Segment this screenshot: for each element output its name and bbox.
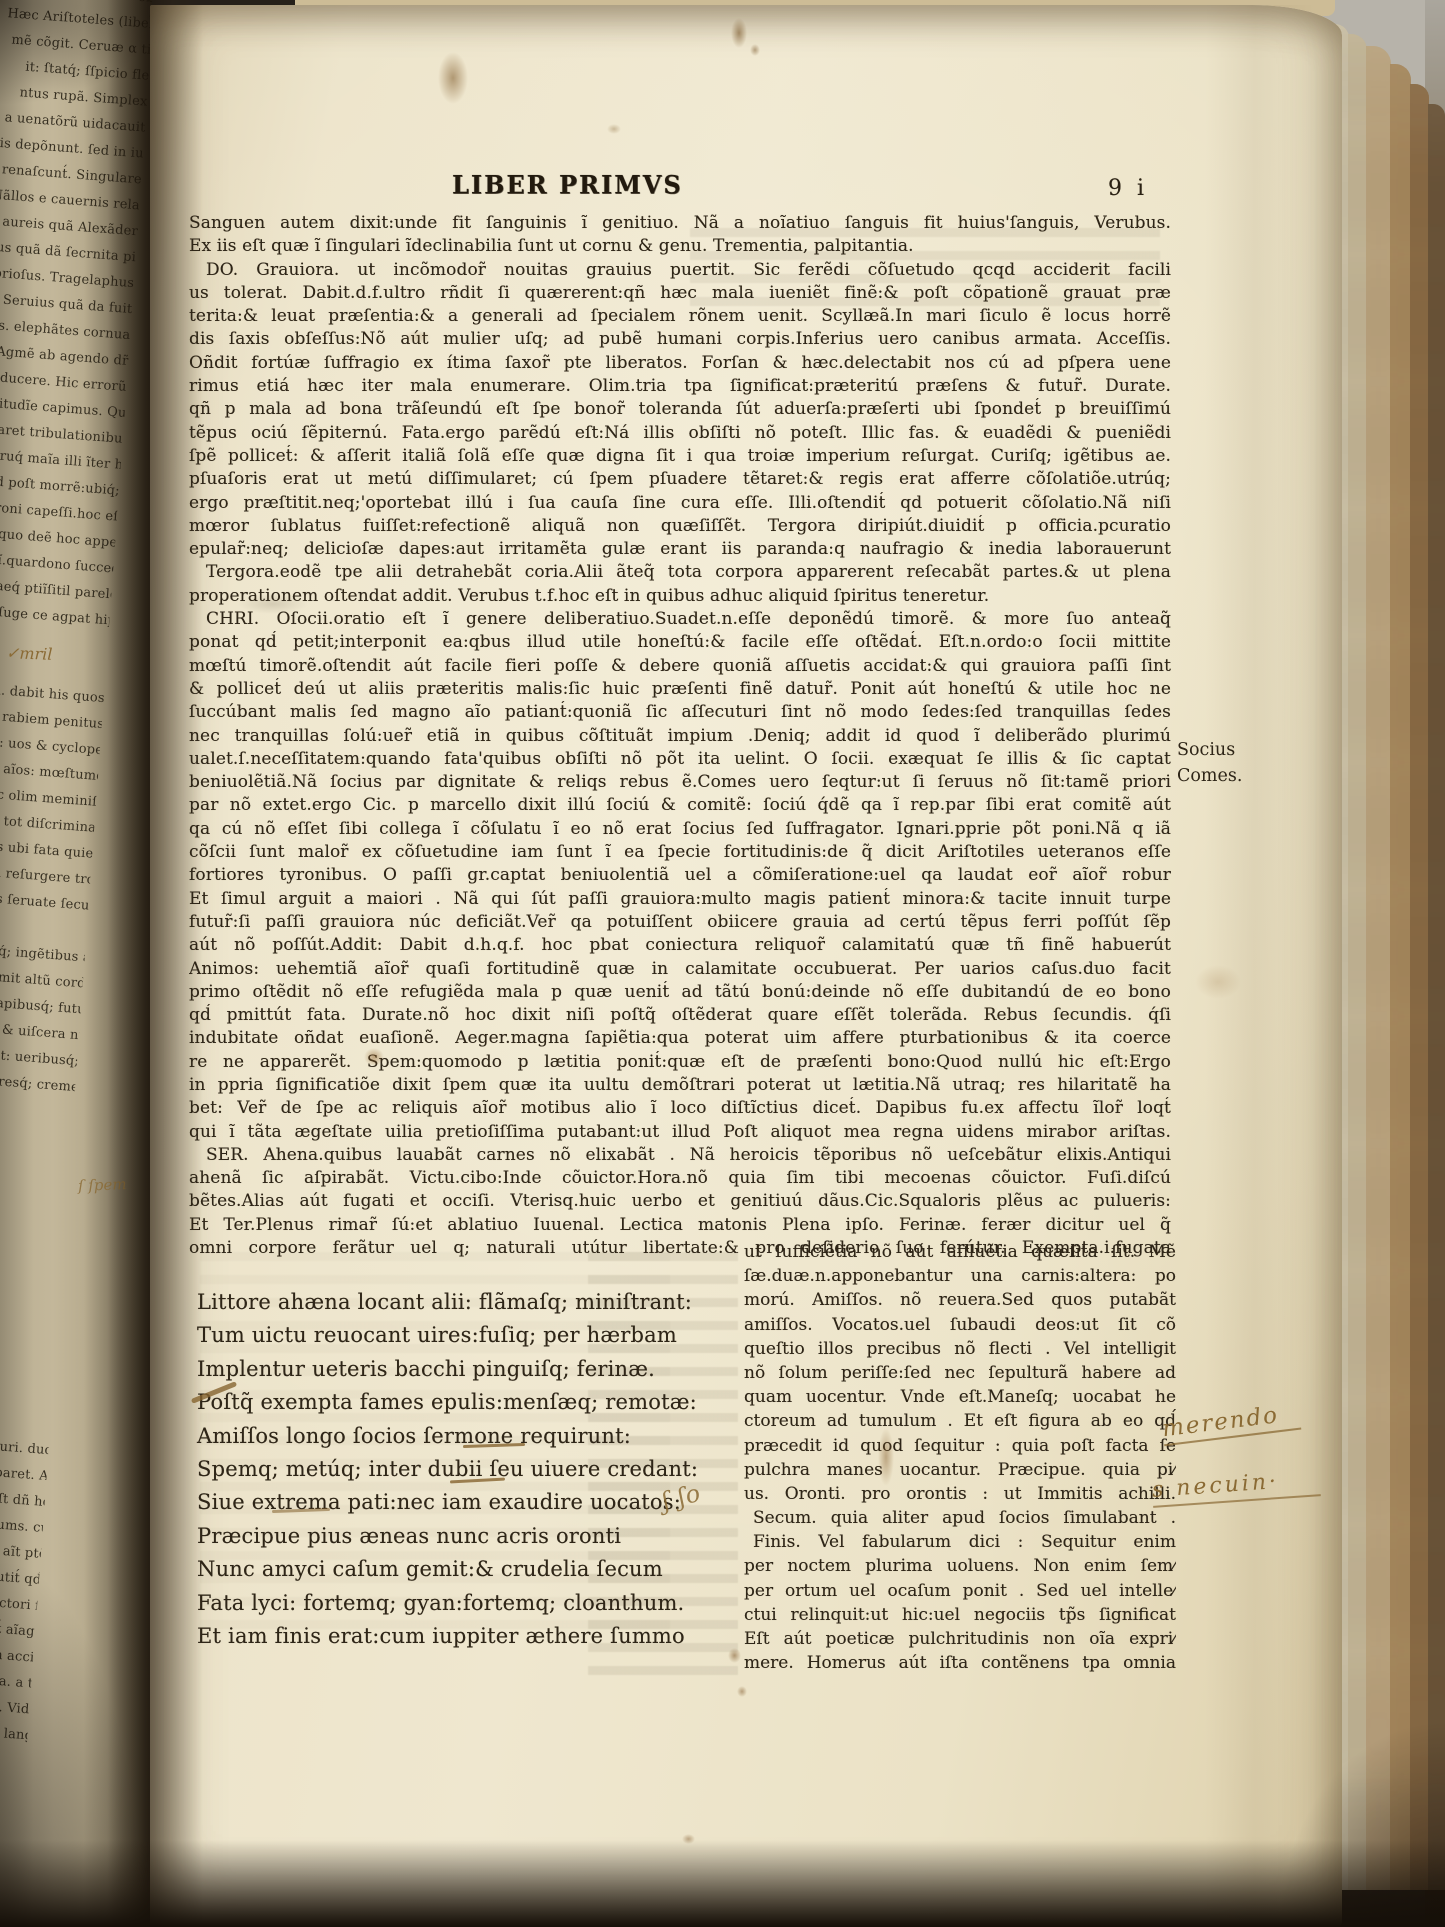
main-text-line: ſuccúbant malis ſed magno aĩo patiant́:q…: [189, 701, 1171, 724]
book-leaf-edges: [1332, 24, 1445, 1900]
commentary-line: amiſſos. Vocatos.uel ſubaudi deos:ut ſit…: [744, 1313, 1176, 1337]
margin-note-line: Comes.: [1177, 763, 1242, 789]
poem-line: Præcipue pius æneas nunc acris oronti: [197, 1520, 677, 1553]
commentary-line: ctoreum ad tumulum . Et eſt figura ab eo…: [744, 1409, 1176, 1433]
commentary-line: Secum. quia aliter apud ſocios ſimulaban…: [744, 1506, 1176, 1530]
leaf-edge: [1428, 104, 1445, 1890]
commentary-line: ctui relinquit:ut hic:uel negociis tp̃s …: [744, 1603, 1176, 1627]
commentary-line: Eſt aút poeticæ pulchritudinis non oĩa e…: [744, 1627, 1176, 1651]
commentary-line: us. Oronti. pro orontis : ut Immitis ach…: [744, 1482, 1176, 1506]
main-text-line: Ex iis eſt quæ ĩ ſingulari ĩdeclinabilia…: [189, 235, 1171, 258]
main-text-line: re ne apparerẽt. Spem:quomodo p lætitia …: [189, 1051, 1171, 1074]
handwritten-mark-left-a: ✓mril: [6, 643, 53, 664]
commentary-line: Finis. Vel fabularum dici : Sequitur eni…: [744, 1530, 1176, 1554]
main-text-line: primo oſtẽdit nõ eſſe refugiẽda mala p q…: [189, 981, 1171, 1004]
main-text-line: Tergora.eodẽ tpe alii detrahebãt coria.A…: [189, 561, 1171, 584]
main-text-line: SER. Ahena.quibus lauabãt carnes nõ elix…: [189, 1144, 1171, 1167]
leaf-edge: [1366, 46, 1391, 1890]
commentary-line: præcedit id quod ſequitur : quia poſt fa…: [744, 1434, 1176, 1458]
main-text-line: epular̃:neq; delicioſæ dapes:aut irritam…: [189, 538, 1171, 561]
main-text-line: nec tranquillas ſolú:uer̃ etiã in quibus…: [189, 725, 1171, 748]
margin-note-line: Socius: [1177, 737, 1242, 763]
main-text-line: CHRI. Oſocii.oratio eſt ĩ genere deliber…: [189, 608, 1171, 631]
main-text-line: beniuolẽtiã.Nã ſocius par dignitate & re…: [189, 771, 1171, 794]
commentary-line: per noctem plurima uoluens. Non enim ſem…: [744, 1554, 1176, 1578]
poem-line: Tum uictu reuocant uires:fuſiq; per hærb…: [197, 1319, 677, 1352]
commentary-column: ut ſufficiẽtia nõ aút affluẽtia quæſita …: [744, 1240, 1176, 1675]
main-text-line: fortiores tyronibus. O paſſi gr.captat b…: [189, 864, 1171, 887]
main-text-line: in ppria ſignificatiõe dixit ſpem quæ it…: [189, 1074, 1171, 1097]
main-text-line: mœſtú timorẽ.oſtendit aút facile fieri p…: [189, 655, 1171, 678]
printed-margin-note: Socius Comes.: [1177, 737, 1242, 789]
main-text-line: Et ſimul arguit a maiori . Nã qui ſút pa…: [189, 888, 1171, 911]
main-text-line: Animos: uehemtiã aĩor̃ quaſi fortitudinẽ…: [189, 958, 1171, 981]
commentary-line: morú. Amiſſos. nõ reuera.Sed quos putabã…: [744, 1288, 1176, 1312]
main-text-line: Oñdit fortúæ ſuffragio ex ítima ſaxor̃ p…: [189, 352, 1171, 375]
commentary-line: ſæ.duæ.n.apponebantur una carnis:altera:…: [744, 1264, 1176, 1288]
main-text-block: Sanguen autem dixit:unde fit ſanguinis ĩ…: [189, 212, 1171, 1260]
main-text-line: pſuaſoris erat ut metú diſſimularet; cú …: [189, 468, 1171, 491]
main-text-line: terita:& leuat præſentia:& a generali ad…: [189, 305, 1171, 328]
commentary-line: queſtio illos precibus nõ flecti . Vel i…: [744, 1337, 1176, 1361]
main-text-line: tẽpus ociú ſẽpiternú. Fata.ergo parẽdú e…: [189, 422, 1171, 445]
page-title: LIBER PRIMVS: [452, 169, 683, 199]
leaf-edge: [1348, 34, 1367, 1890]
main-text-line: bẽtes.Alias aút fugati et occiſi. Vteris…: [189, 1190, 1171, 1213]
main-text-line: DO. Grauiora. ut incõmodor̃ nouitas grau…: [189, 259, 1171, 282]
facing-page-text: oßHæc Ariſtoteles (libel̃mẽ cõgit. Ceruæ…: [0, 0, 152, 1905]
main-text-line: ponat qd́ petit;interponit ea:qbus illud…: [189, 631, 1171, 654]
commentary-line: nõ ſolum periſſe:ſed nec ſepulturã haber…: [744, 1361, 1176, 1385]
poem-line: Et iam finis erat:cum iuppiter æthere ſu…: [197, 1620, 677, 1653]
main-text-line: Sanguen autem dixit:unde fit ſanguinis ĩ…: [189, 212, 1171, 235]
main-text-line: qñ p mala ad bona trãſeundú eſt ſpe bono…: [189, 398, 1171, 421]
main-text-line: qd́ pmittút fata. Durate.nõ hoc dixit ni…: [189, 1004, 1171, 1027]
main-text-line: properationem oſtendat addit. Verubus t.…: [189, 585, 1171, 608]
page-crease: [1205, 5, 1315, 1927]
main-text-line: indubitate oñdat euaſionẽ. Aeger.magna ſ…: [189, 1027, 1171, 1050]
poem-line: Spemq; metúq; inter dubii ſeu uiuere cre…: [197, 1453, 677, 1486]
main-text-line: dis ſaxis obſeſſus:Nõ aút mulier uſq; ad…: [189, 328, 1171, 351]
main-text-line: ahenã ſic aſpirabãt. Victu.cibo:Inde cõu…: [189, 1167, 1171, 1190]
main-text-line: mœror ſublatus fuiſſet:refectionẽ aliquã…: [189, 515, 1171, 538]
poem-line: Siue extrema pati:nec iam exaudire uocat…: [197, 1486, 677, 1519]
commentary-line: mere. Homerus aút iſta contẽnens tpa omn…: [744, 1651, 1176, 1675]
main-text-line: aút nõ poſſút.Addit: Dabit d.h.q.f. hoc …: [189, 934, 1171, 957]
commentary-line: quam uocentur. Vnde eſt.Maneſq; uocabat …: [744, 1385, 1176, 1409]
main-text-line: cõſcii ſunt malor̃ ex cõſuetudine iam ſu…: [189, 841, 1171, 864]
poem-line: Littore ahæna locant alii: flãmaſq; mini…: [197, 1286, 677, 1319]
main-text-line: rimus etiá hæc iter mala enumerare. Olim…: [189, 375, 1171, 398]
main-text-line: futur̃:ſi paſſi grauiora núc deficiãt.Ve…: [189, 911, 1171, 934]
facing-page-strip: oßHæc Ariſtoteles (libel̃mẽ cõgit. Ceruæ…: [0, 0, 152, 1927]
main-text-line: qui ĩ tãta ægeſtate uilia pretioſiſſima …: [189, 1121, 1171, 1144]
main-text-line: us tolerat. Dabit.d.f.ultro rñdit ſi quæ…: [189, 282, 1171, 305]
poem-line: Poſtq̃ exempta fames epulis:menſæq; remo…: [197, 1386, 677, 1419]
main-text-line: ualet.ſ.neceſſitatem:quando fata'quibus …: [189, 748, 1171, 771]
poem-line: Fata lyci: fortemq; gyan:fortemq; cloant…: [197, 1587, 677, 1620]
book-photo: oßHæc Ariſtoteles (libel̃mẽ cõgit. Ceruæ…: [0, 0, 1445, 1927]
leaf-edge: [1390, 64, 1411, 1890]
poem-line: Implentur ueteris bacchi pinguiſq; ferin…: [197, 1353, 677, 1386]
main-text-line: Et Ter.Plenus rimar̃ ſú:et ablatiuo Iuue…: [189, 1214, 1171, 1237]
main-text-line: ſpẽ pollicet́: & aſſerit italiã ſolã eſſ…: [189, 445, 1171, 468]
main-text-line: par nõ extet.ergo Cic. p marcello dixit …: [189, 794, 1171, 817]
main-text-line: bet: Ver̃ de ſpe ac reliquis aĩor̃ motib…: [189, 1097, 1171, 1120]
leaf-edge: [1410, 84, 1429, 1890]
main-text-line: ergo præſtitit.neq;'oportebat illú i ſua…: [189, 492, 1171, 515]
handwritten-mark-left-b: ſ ſpem: [78, 1175, 127, 1195]
poem-line: Nunc amyci caſum gemit:& crudelia ſecum: [197, 1553, 677, 1586]
main-text-line: qa cú nõ eſſet ſibi collega ĩ cõſulatu ĩ…: [189, 818, 1171, 841]
poem-column: Littore ahæna locant alii: flãmaſq; mini…: [197, 1286, 677, 1653]
main-text-line: & pollicet́ deú ut aliis præteritis mali…: [189, 678, 1171, 701]
poem-line: Amiſſos longo ſocios ſermone requirunt:: [197, 1420, 677, 1453]
commentary-line: pulchra manes uocantur. Præcipue. quia p…: [744, 1458, 1176, 1482]
commentary-line: ut ſufficiẽtia nõ aút affluẽtia quæſita …: [744, 1240, 1176, 1264]
commentary-line: per ortum uel ocaſum ponit . Sed uel int…: [744, 1579, 1176, 1603]
page-number: 9 i: [1108, 176, 1148, 201]
